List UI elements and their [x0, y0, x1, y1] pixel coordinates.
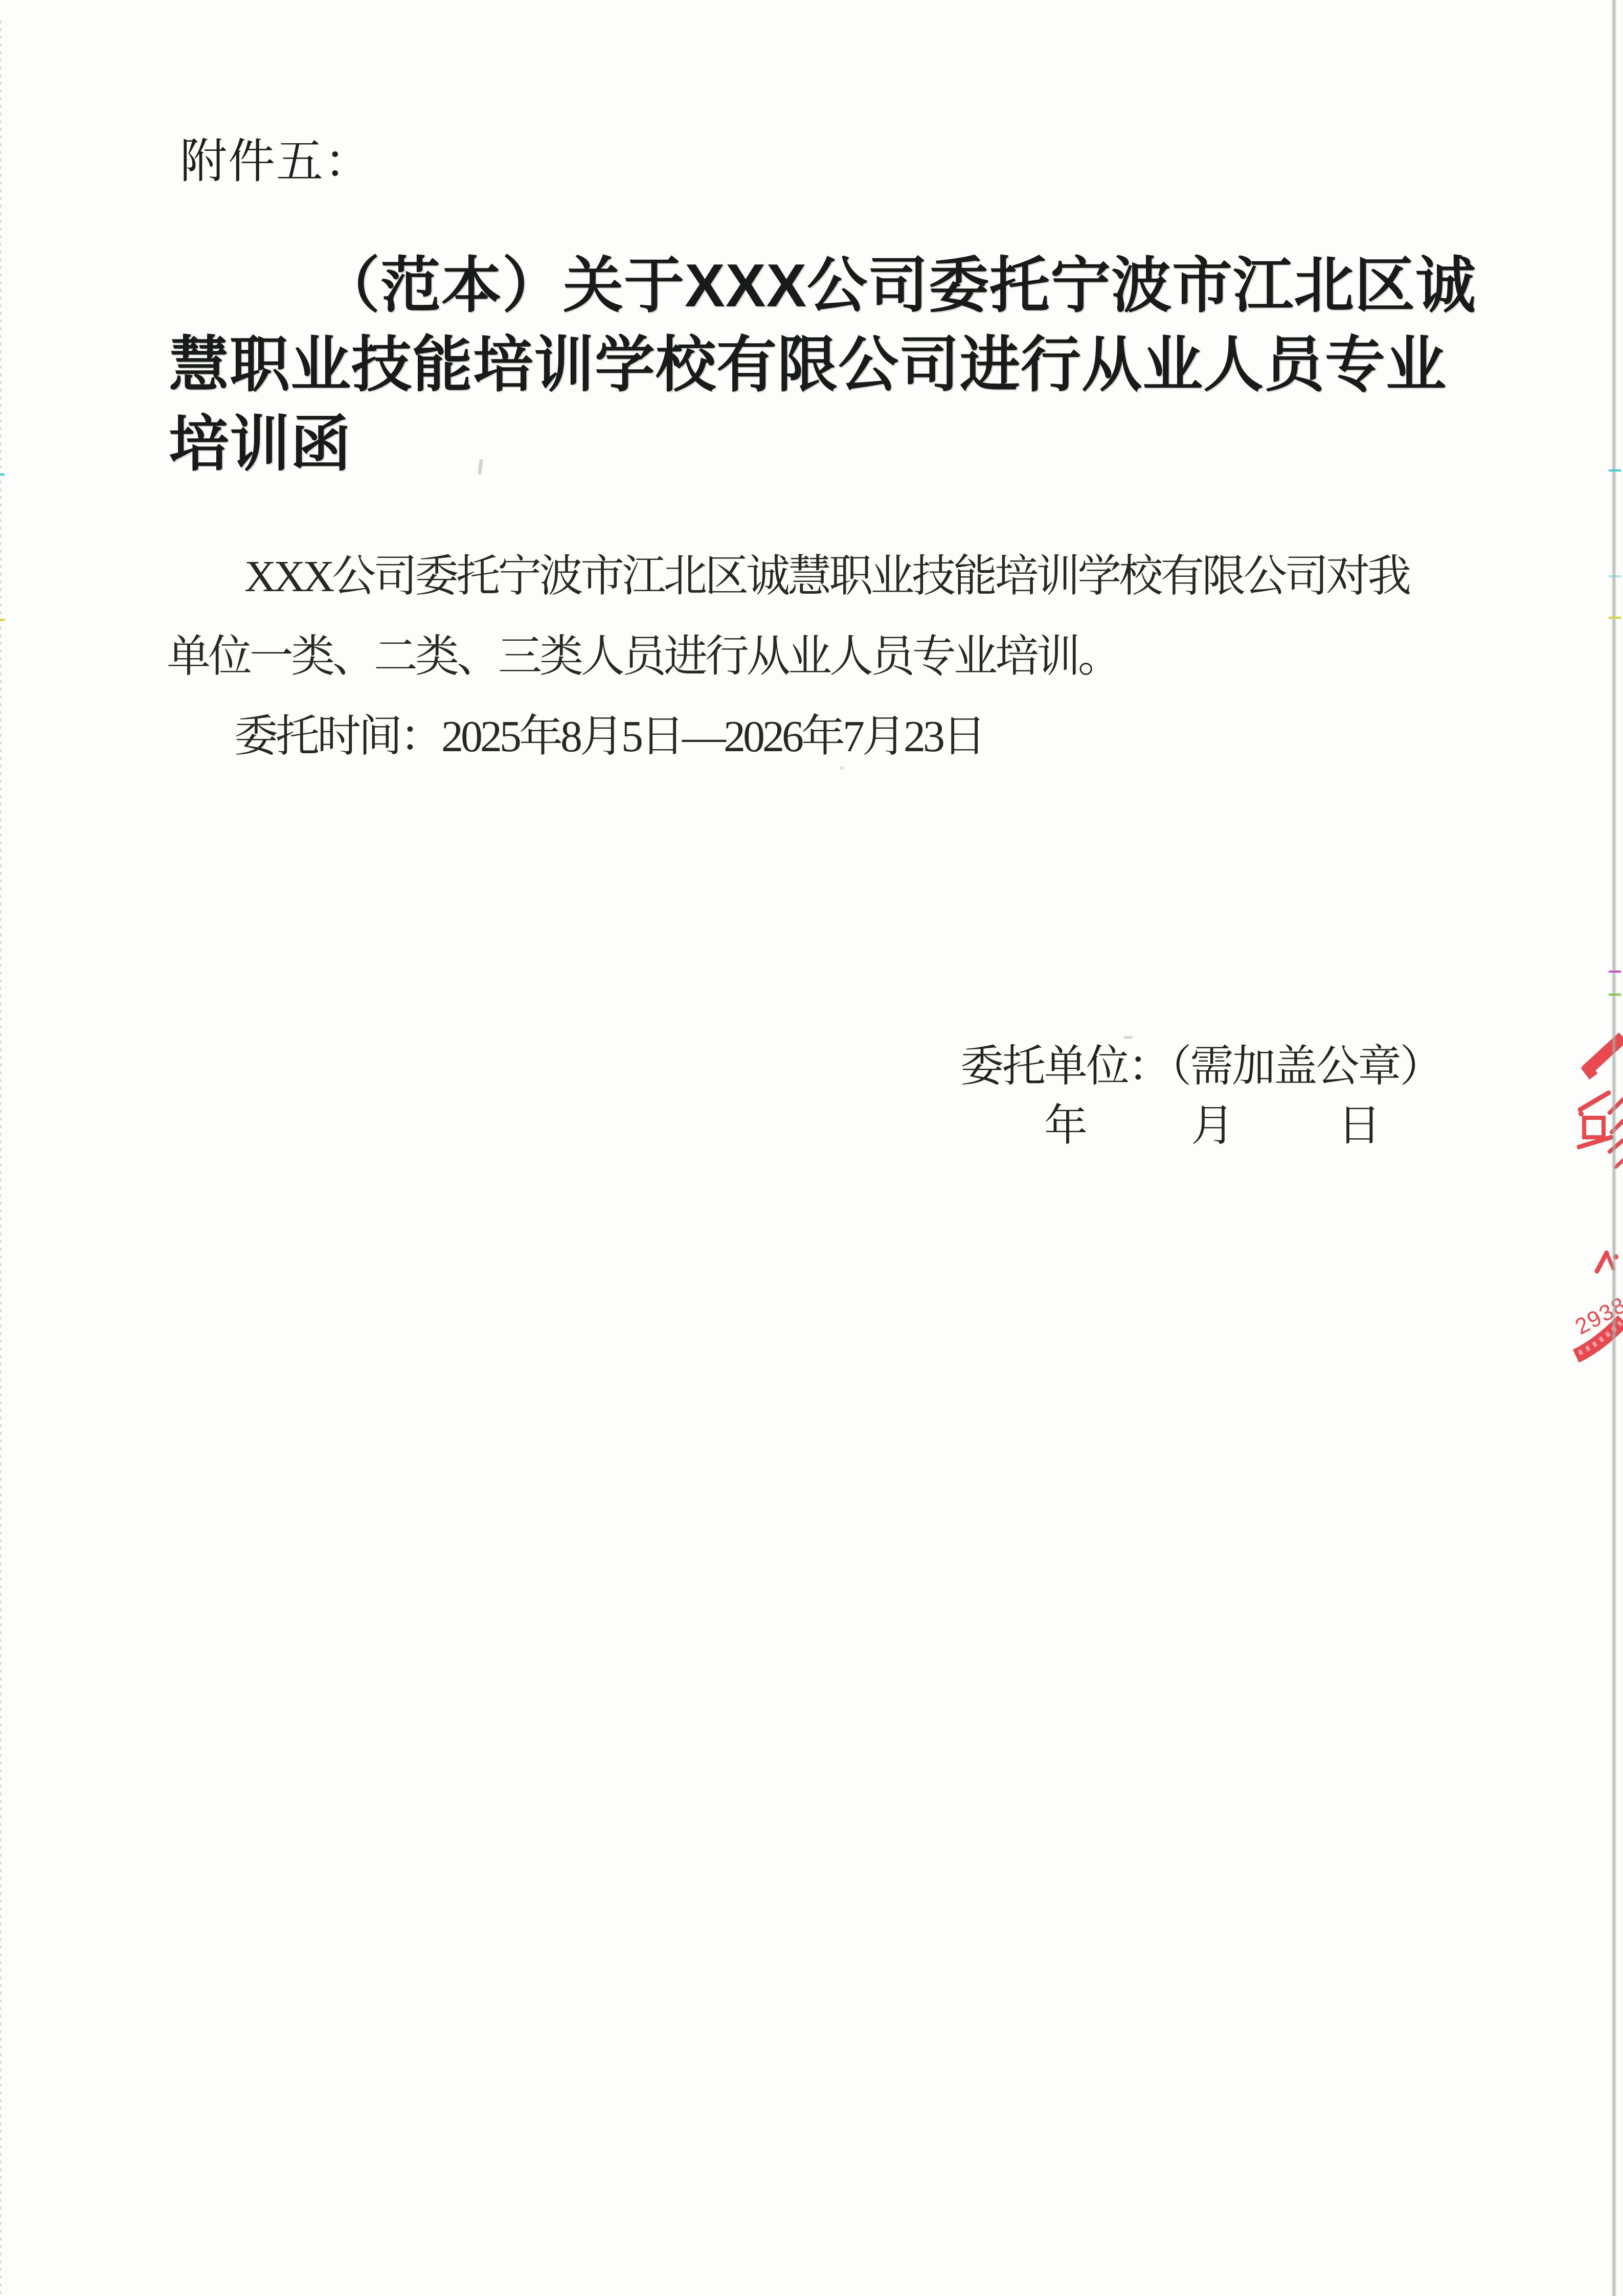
month-label: 月 — [1191, 1105, 1234, 1148]
commission-time-line: 委托时间：2025年8月5日—2026年7月23日 — [234, 714, 984, 758]
scan-tick-cyan-left — [0, 474, 5, 476]
entrusting-unit-line: 委托单位：（需加盖公章） — [960, 1045, 1442, 1089]
page-right-edge-scan-line — [1612, 0, 1616, 2296]
body-paragraph-line-1: XXX公司委托宁波市江北区诚慧职业技能培训学校有限公司对我 — [244, 554, 1409, 598]
scan-tick-cyan2-right — [1609, 575, 1621, 577]
scan-tick-yellow-right — [1609, 617, 1621, 619]
scan-tick-magenta-right — [1609, 971, 1621, 973]
attachment-label: 附件五： — [180, 138, 372, 185]
red-stamp-fragment: 2938 — [1544, 1012, 1623, 1391]
scan-speck — [478, 459, 483, 475]
stamp-seal-strokes: 2938 — [1544, 1012, 1623, 1391]
document-page: 附件五： （范本）关于XXX公司委托宁波市江北区诚 慧职业技能培训学校有限公司进… — [0, 0, 1623, 2296]
scan-tick-yellow-left — [0, 619, 5, 621]
body-paragraph-line-2: 单位一类、二类、三类人员进行从业人员专业培训。 — [167, 635, 1119, 679]
scan-speck — [1124, 1036, 1133, 1039]
year-label: 年 — [1044, 1105, 1088, 1148]
title-line-3: 培训函 — [169, 414, 351, 475]
page-left-edge-scan-line — [0, 20, 2, 2296]
title-line-1: （范本）关于XXX公司委托宁波市江北区诚 — [320, 256, 1476, 316]
scan-speck — [840, 766, 844, 770]
scan-tick-green-right — [1609, 994, 1621, 996]
signature-date-line: 年 月 日 — [1044, 1105, 1381, 1148]
title-line-2: 慧职业技能培训学校有限公司进行从业人员专业 — [169, 335, 1447, 395]
scan-tick-cyan-right — [1609, 469, 1621, 471]
day-label: 日 — [1338, 1105, 1381, 1148]
